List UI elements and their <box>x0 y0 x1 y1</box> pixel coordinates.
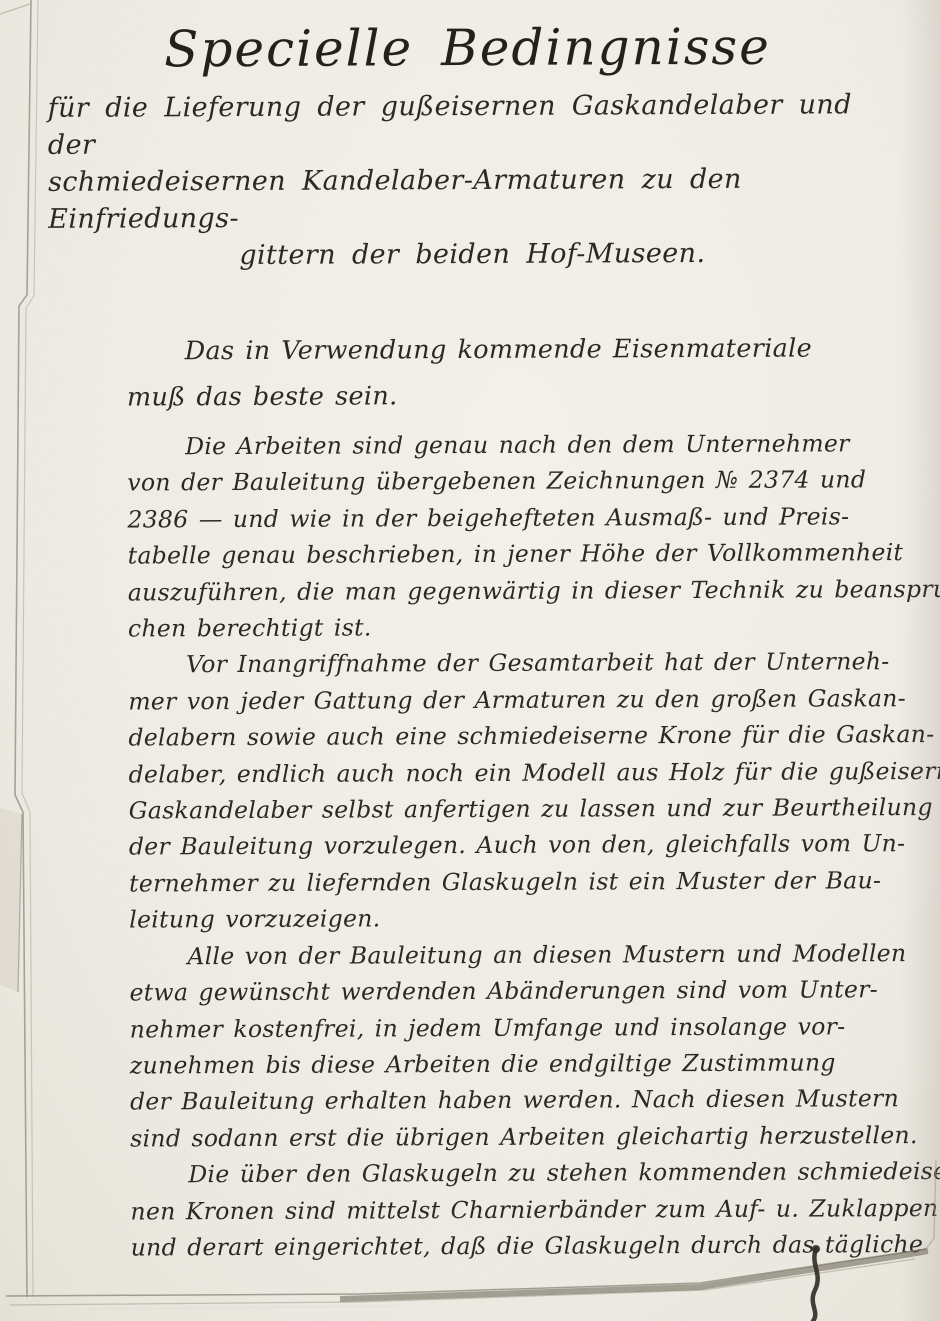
document-body: Das in Verwendung kommende Eisenmaterial… <box>127 325 898 1266</box>
handwritten-line: sind sodann erst die übrigen Arbeiten gl… <box>130 1117 897 1157</box>
handwritten-line: Das in Verwendung kommende Eisenmaterial… <box>127 325 894 374</box>
subtitle-line: für die Lieferung der gußeisernen Gaskan… <box>48 86 896 164</box>
handwritten-line: etwa gewünscht werdenden Abänderungen si… <box>129 971 896 1011</box>
handwritten-line: tabelle genau beschrieben, in jener Höhe… <box>128 534 895 574</box>
handwritten-line: nen Kronen sind mittelst Charnierbänder … <box>130 1190 897 1230</box>
paragraph: Das in Verwendung kommende Eisenmaterial… <box>127 325 894 420</box>
handwritten-line: der Bauleitung erhalten haben werden. Na… <box>130 1080 897 1120</box>
paragraph: Alle von der Bauleitung an diesen Muster… <box>129 935 897 1157</box>
handwritten-line: nehmer kostenfrei, in jedem Umfange und … <box>130 1008 897 1048</box>
paragraph: Vor Inangriffnahme der Gesamtarbeit hat … <box>128 644 896 939</box>
scanned-document-page: Specielle Bedingnisse für die Lieferung … <box>0 0 940 1321</box>
handwritten-line: Die Arbeiten sind genau nach den dem Unt… <box>127 425 894 465</box>
subtitle-line: schmiedeisernen Kandelaber-Armaturen zu … <box>48 160 896 238</box>
handwritten-line: mer von jeder Gattung der Armaturen zu d… <box>128 680 895 720</box>
handwritten-line: delabern sowie auch eine schmiedeiserne … <box>128 716 895 756</box>
handwritten-line: von der Bauleitung übergebenen Zeichnung… <box>127 462 894 502</box>
subtitle-line: gittern der beiden Hof-Museen. <box>48 234 896 275</box>
handwritten-line: muß das beste sein. <box>127 371 894 420</box>
handwritten-line: ternehmer zu liefernden Glaskugeln ist e… <box>129 862 896 902</box>
handwritten-line: zunehmen bis diese Arbeiten die endgilti… <box>130 1044 897 1084</box>
handwritten-line: 2386 — und wie in der beigehefteten Ausm… <box>127 498 894 538</box>
handwritten-line: der Bauleitung vorzulegen. Auch von den,… <box>129 826 896 866</box>
document-subtitle: für die Lieferung der gußeisernen Gaskan… <box>48 86 897 275</box>
handwritten-line: Vor Inangriffnahme der Gesamtarbeit hat … <box>128 644 895 684</box>
handwritten-line: delaber, endlich auch noch ein Modell au… <box>129 753 896 793</box>
paragraph: Die über den Glaskugeln zu stehen kommen… <box>130 1153 897 1266</box>
handwritten-line: auszuführen, die man gegenwärtig in dies… <box>128 571 895 611</box>
handwritten-line: Die über den Glaskugeln zu stehen kommen… <box>130 1153 897 1193</box>
handwritten-line: Gaskandelaber selbst anfertigen zu lasse… <box>129 789 896 829</box>
handwritten-content: Specielle Bedingnisse für die Lieferung … <box>0 0 940 1266</box>
handwritten-line: und derart eingerichtet, daß die Glaskug… <box>131 1226 898 1266</box>
handwritten-line: Alle von der Bauleitung an diesen Muster… <box>129 935 896 975</box>
handwritten-line: chen berechtigt ist. <box>128 607 895 647</box>
paragraph: Die Arbeiten sind genau nach den dem Unt… <box>127 425 895 647</box>
document-title: Specielle Bedingnisse <box>0 14 938 82</box>
handwritten-line: leitung vorzuzeigen. <box>129 898 896 938</box>
